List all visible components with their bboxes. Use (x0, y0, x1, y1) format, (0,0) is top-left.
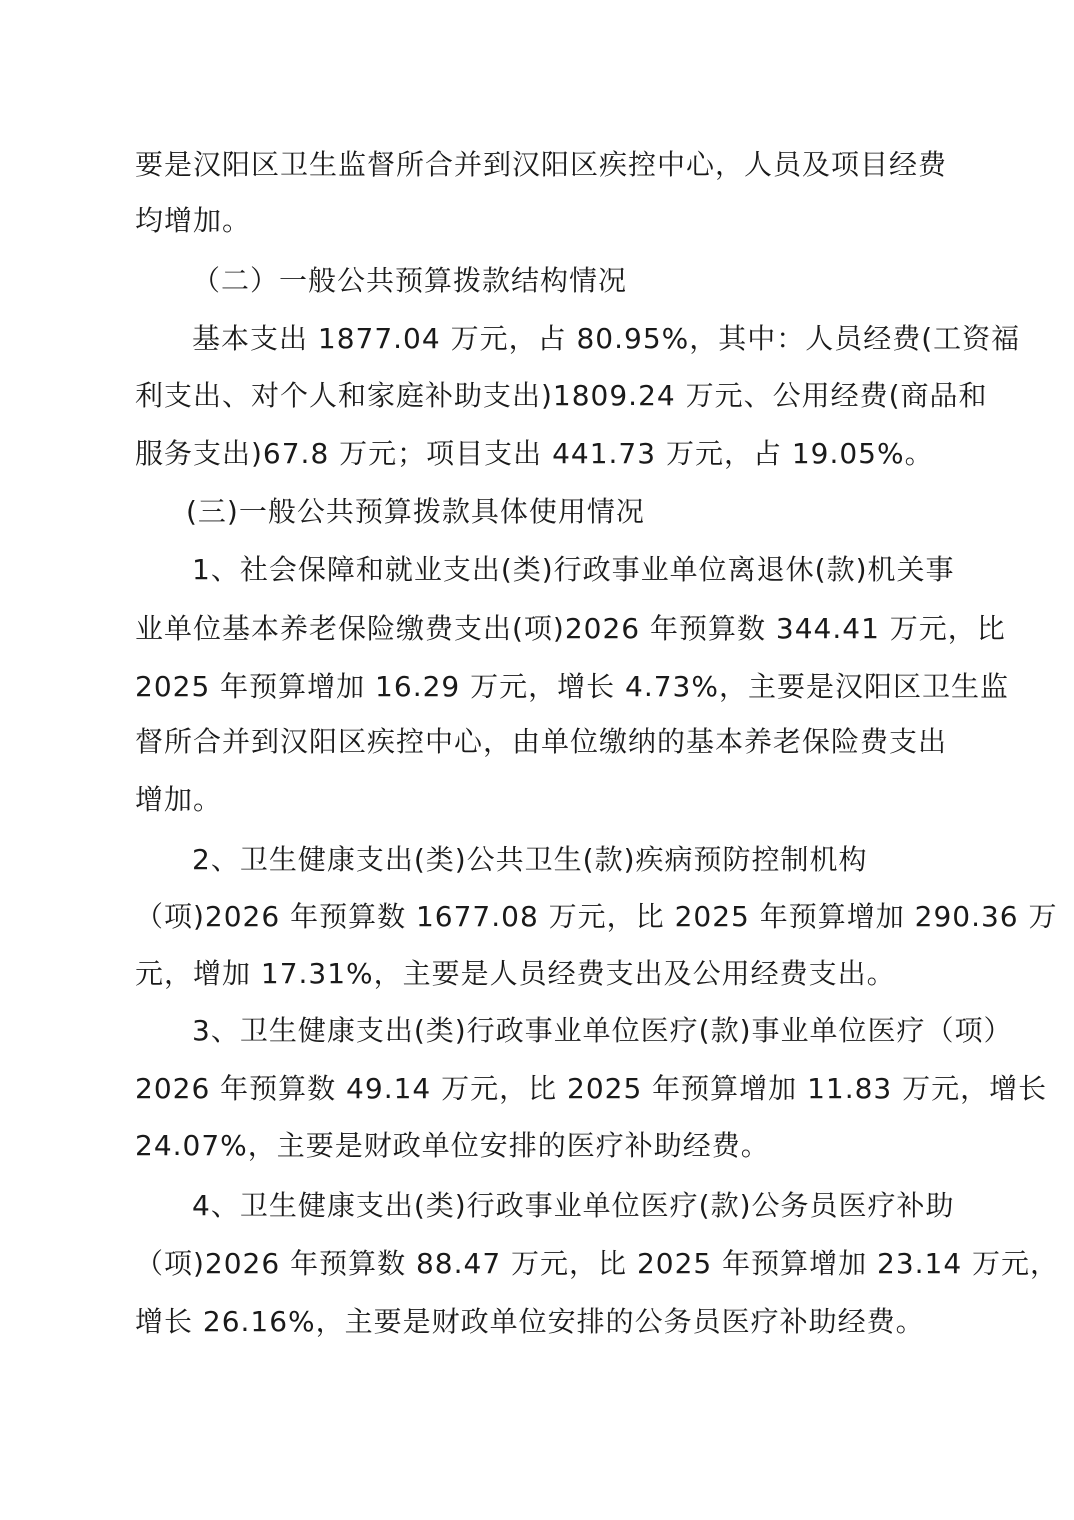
section-heading: （二）一般公共预算拨款结构情况 (192, 264, 1002, 298)
paragraph-line: 业单位基本养老保险缴费支出(项)2026 年预算数 344.41 万元，比 (135, 612, 945, 646)
paragraph-line: 1、社会保障和就业支出(类)行政事业单位离退休(款)机关事 (192, 553, 1002, 587)
paragraph-line: 督所合并到汉阳区疾控中心，由单位缴纳的基本养老保险费支出 (135, 725, 945, 759)
paragraph-line: 4、卫生健康支出(类)行政事业单位医疗(款)公务员医疗补助 (192, 1189, 1002, 1223)
document-page: 要是汉阳区卫生监督所合并到汉阳区疾控中心，人员及项目经费 均增加。 （二）一般公… (0, 0, 1074, 1520)
paragraph-line: 2、卫生健康支出(类)公共卫生(款)疾病预防控制机构 (192, 843, 1002, 877)
paragraph-line: 元，增加 17.31%，主要是人员经费支出及公用经费支出。 (135, 957, 945, 991)
paragraph-line: （项)2026 年预算数 88.47 万元，比 2025 年预算增加 23.14… (135, 1247, 945, 1281)
paragraph-line: 2025 年预算增加 16.29 万元，增长 4.73%，主要是汉阳区卫生监 (135, 670, 945, 704)
paragraph-line: 3、卫生健康支出(类)行政事业单位医疗(款)事业单位医疗（项） (192, 1014, 1002, 1048)
paragraph-line: 基本支出 1877.04 万元，占 80.95%，其中：人员经费(工资福 (192, 322, 1002, 356)
paragraph-line: 要是汉阳区卫生监督所合并到汉阳区疾控中心，人员及项目经费 (135, 148, 945, 182)
paragraph-line: 均增加。 (135, 204, 945, 238)
paragraph-line: 2026 年预算数 49.14 万元，比 2025 年预算增加 11.83 万元… (135, 1072, 945, 1106)
section-heading: (三)一般公共预算拨款具体使用情况 (186, 495, 996, 529)
paragraph-line: 增加。 (135, 783, 945, 817)
paragraph-line: 服务支出)67.8 万元；项目支出 441.73 万元，占 19.05%。 (135, 437, 945, 471)
paragraph-line: （项)2026 年预算数 1677.08 万元，比 2025 年预算增加 290… (135, 900, 945, 934)
paragraph-line: 利支出、对个人和家庭补助支出)1809.24 万元、公用经费(商品和 (135, 379, 945, 413)
paragraph-line: 增长 26.16%，主要是财政单位安排的公务员医疗补助经费。 (135, 1305, 945, 1339)
paragraph-line: 24.07%，主要是财政单位安排的医疗补助经费。 (135, 1129, 945, 1163)
